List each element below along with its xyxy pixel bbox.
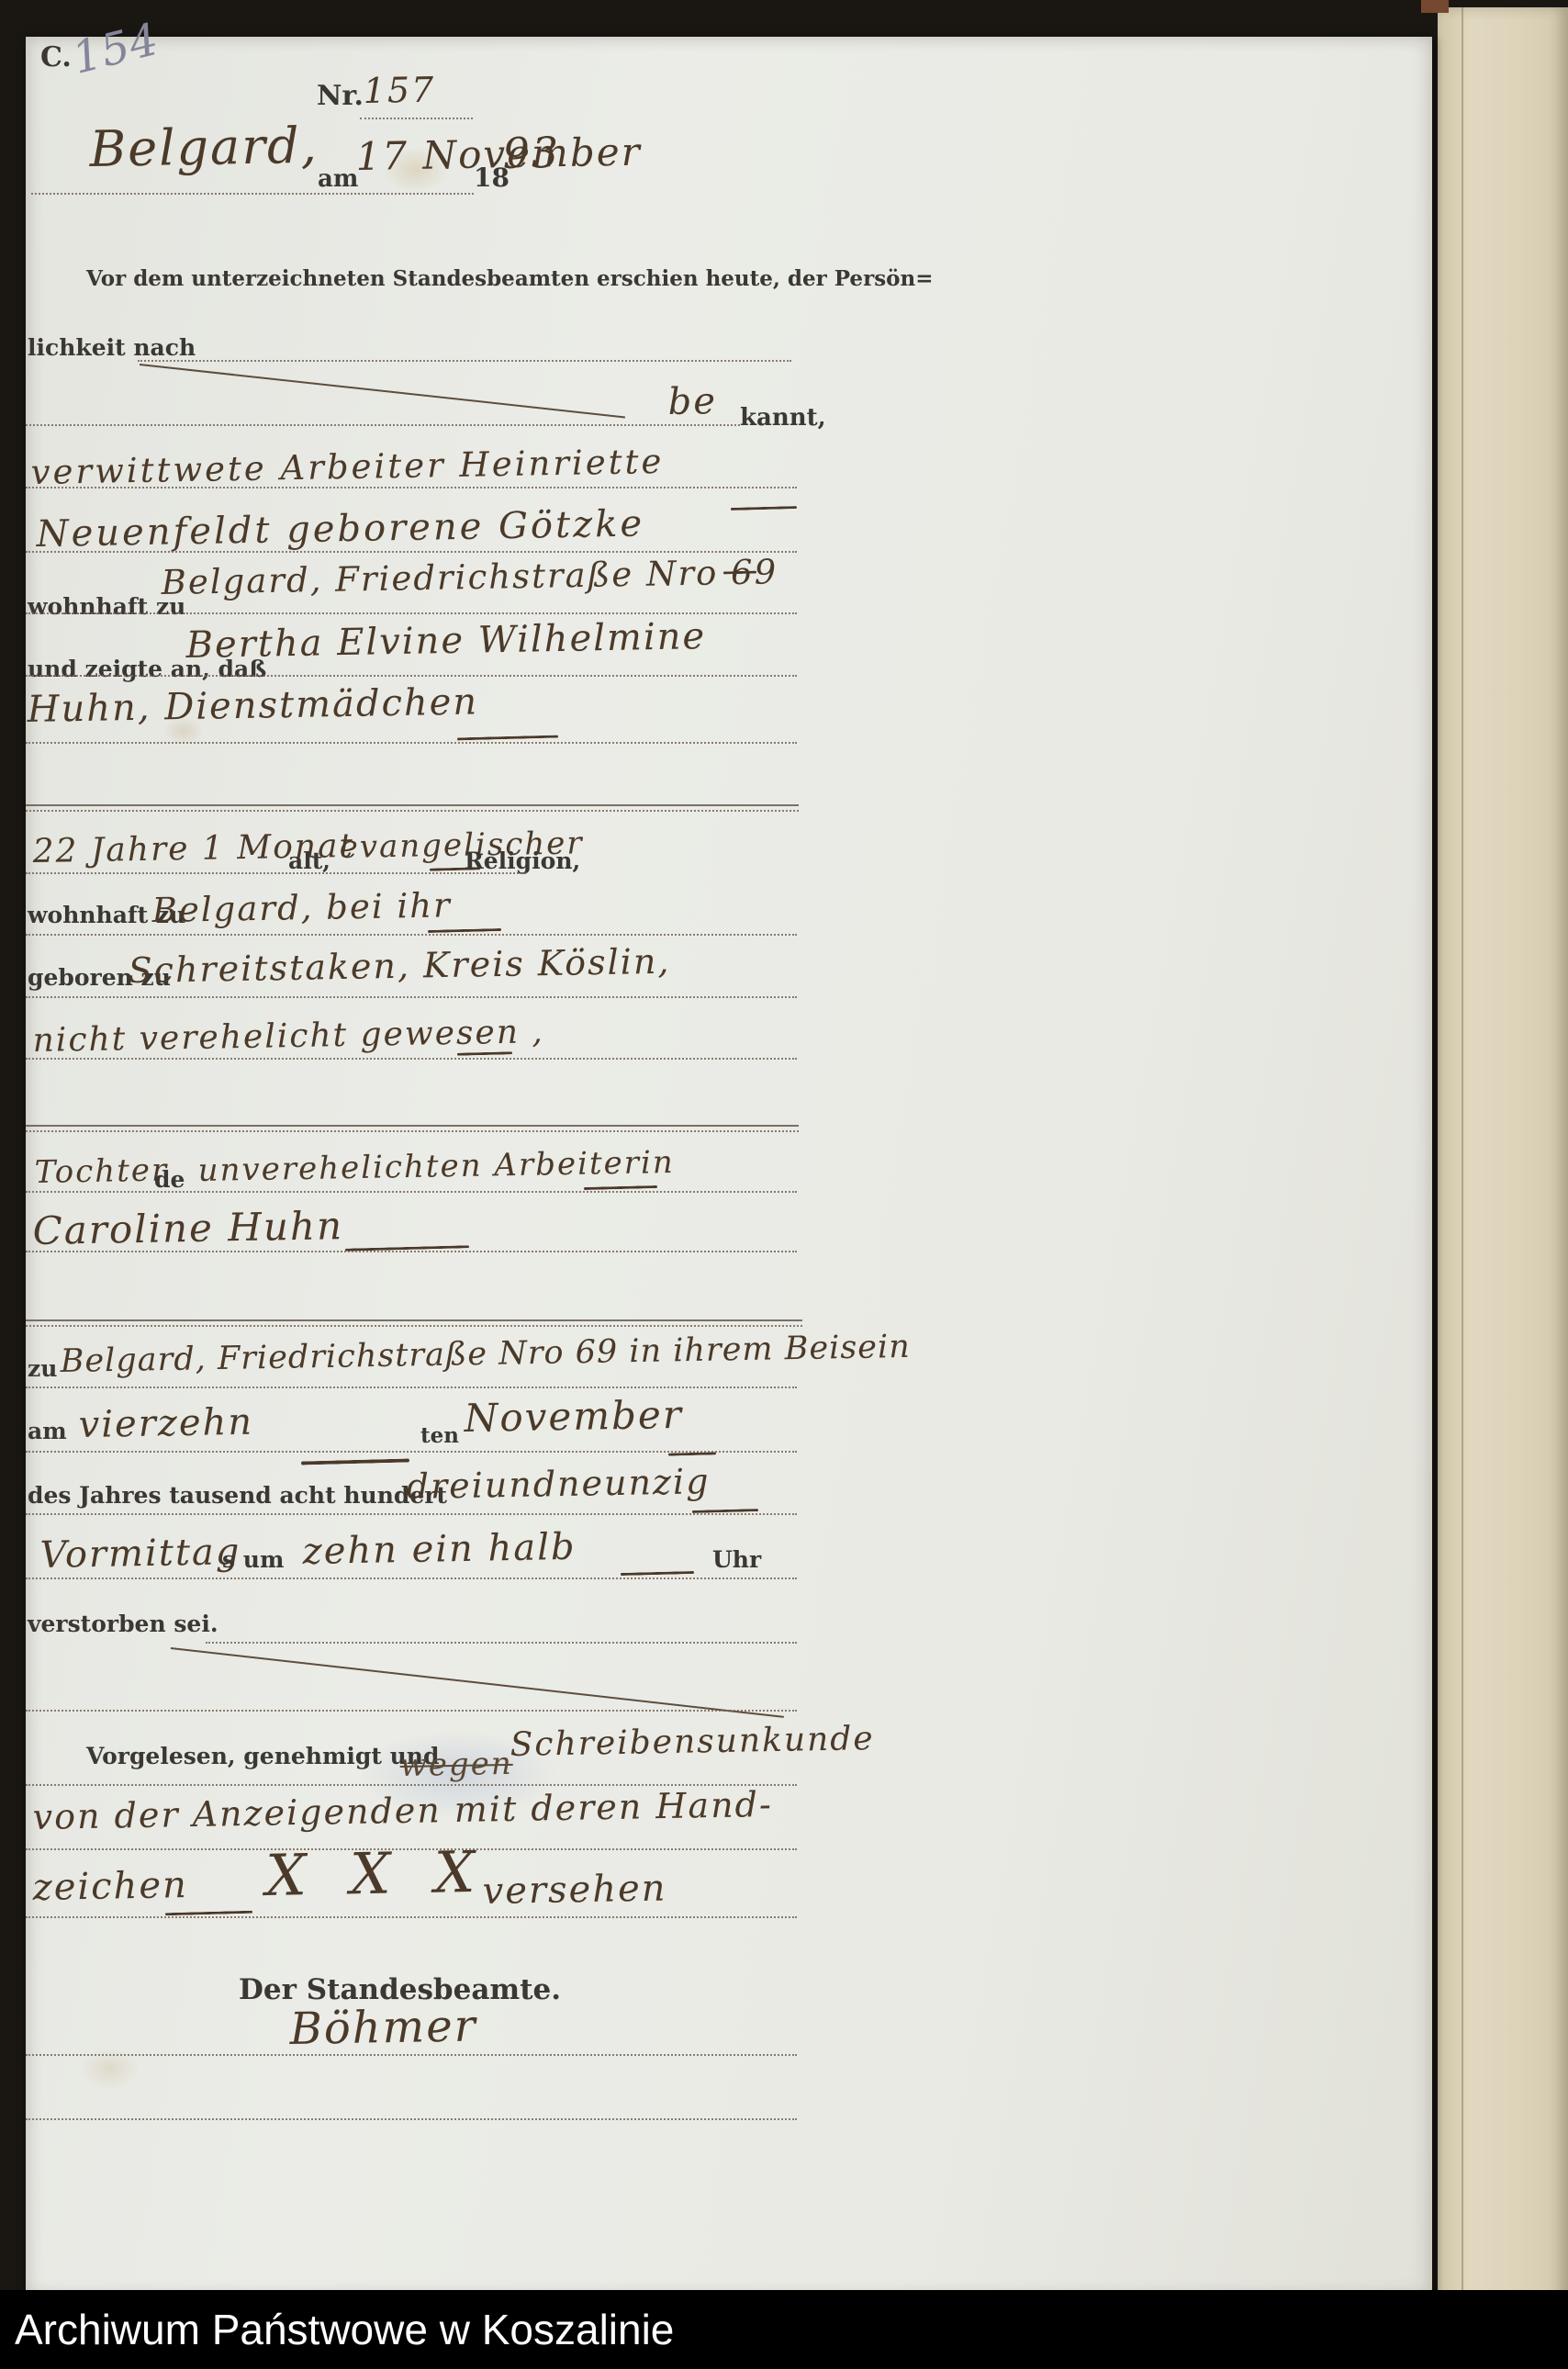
verstorben-label: verstorben sei. [28, 1612, 218, 1635]
dotted-line [26, 1451, 797, 1453]
s-um-label: s um [222, 1548, 284, 1571]
declarant-line-2: Neuenfeldt geborene Götzke [36, 505, 644, 553]
death-record-page: C. 154 Nr. 157 Belgard, am 17 November 1… [26, 37, 1432, 2297]
kannt-printed: kannt, [740, 406, 826, 430]
deceased-given-names: Bertha Elvine Wilhelmine [185, 618, 706, 664]
religion-label: Religion, [465, 849, 580, 872]
registrar-signature: Böhmer [289, 2004, 477, 2051]
separator-line [26, 804, 799, 806]
uhr-label: Uhr [712, 1548, 761, 1571]
registrar-title: Der Standesbeamte. [239, 1976, 561, 2004]
pen-dash [165, 1911, 252, 1915]
hand-marks-xxx: X X X [265, 1844, 488, 1904]
closing-hand-2: von der Anzeigenden mit deren Hand- [32, 1787, 773, 1835]
closing-hand-3b: versehen [482, 1870, 666, 1910]
dotted-line [26, 1387, 797, 1388]
closing-hand-3a: zeichen [32, 1867, 188, 1906]
dotted-line [26, 612, 797, 614]
death-month: November [464, 1396, 683, 1438]
cancellation-stroke [140, 364, 625, 418]
pen-dash [301, 1458, 409, 1465]
binding-fragment [1421, 0, 1449, 13]
dotted-line [26, 2054, 797, 2056]
dotted-line [26, 1130, 799, 1132]
dotted-line [26, 810, 799, 812]
closing-printed: Vorgelesen, genehmigt und [86, 1745, 439, 1768]
zu-label: zu [28, 1357, 57, 1380]
intro-line-2: lichkeit nach [28, 336, 196, 359]
dotted-line [26, 1251, 797, 1252]
marital-status: nicht verehelicht gewesen , [32, 1016, 544, 1058]
death-place: Belgard, Friedrichstraße Nro 69 in ihrem… [60, 1331, 911, 1378]
death-day: vierzehn [78, 1404, 253, 1443]
dotted-line [26, 1916, 797, 1918]
am-label: am [318, 167, 358, 191]
dotted-line [26, 1513, 797, 1515]
dotted-line [206, 1642, 797, 1644]
form-letter-c: C. [40, 44, 72, 72]
pen-dash [428, 928, 501, 933]
declarant-line-1: verwittwete Arbeiter Heinriette [30, 444, 664, 489]
dotted-line [26, 1325, 802, 1327]
dotted-line [26, 675, 797, 677]
dotted-line [26, 1191, 797, 1193]
be-written: be [667, 383, 717, 421]
scan-stage: C. 154 Nr. 157 Belgard, am 17 November 1… [0, 0, 1568, 2369]
ten-label: ten [420, 1425, 459, 1446]
pen-dash [731, 506, 797, 511]
pen-dash [621, 1571, 694, 1576]
death-time: zehn ein halb [302, 1529, 577, 1570]
separator-line [26, 1319, 802, 1321]
de-label: de [154, 1168, 185, 1191]
separator-line [26, 1125, 799, 1127]
pen-dash [457, 1051, 512, 1056]
archive-name: Archiwum Państwowe w Koszalinie [0, 2305, 674, 2354]
dotted-line [26, 2118, 797, 2120]
dotted-line [138, 360, 791, 362]
death-year: dreiundneunzig [406, 1464, 710, 1504]
intro-line-1: Vor dem unterzeichneten Standesbeamten e… [86, 268, 933, 289]
dotted-line [360, 118, 473, 119]
mother-name: Caroline Huhn [32, 1207, 343, 1251]
deceased-residence: Belgard, bei ihr [151, 888, 452, 927]
mother-description: unverehelichten Arbeiterin [197, 1147, 675, 1186]
death-daytime: Vormittag [39, 1533, 241, 1574]
struck-word: wegen [399, 1748, 513, 1781]
declarant-residence: Belgard, Friedrichstraße Nro 69 [161, 555, 778, 600]
archive-caption-bar: Archiwum Państwowe w Koszalinie [0, 2290, 1568, 2369]
year-phrase-label: des Jahres tausend acht hundert [28, 1484, 447, 1507]
adjacent-page-edge [1438, 7, 1568, 2369]
closing-hand-1: Schreibensunkunde [510, 1723, 875, 1762]
dotted-line [31, 193, 474, 195]
dotted-line [26, 487, 797, 488]
dotted-line [26, 872, 526, 874]
alt-label: alt, [288, 849, 330, 872]
pen-dash [457, 735, 558, 741]
dotted-line [26, 1058, 797, 1060]
deceased-surname-occupation: Huhn, Dienstmädchen [27, 683, 478, 728]
am-label-2: am [28, 1420, 67, 1443]
deceased-birthplace: Schreitstaken, Kreis Köslin, [128, 944, 670, 988]
dotted-line [26, 1577, 797, 1579]
pencil-archive-number: 154 [68, 17, 162, 81]
page-fold-line [1462, 7, 1463, 2369]
dotted-line [26, 996, 797, 998]
nr-label: Nr. [317, 83, 364, 110]
cancellation-stroke [171, 1647, 784, 1718]
record-number: 157 [363, 73, 435, 108]
dotted-line [26, 424, 740, 426]
dotted-line [26, 742, 797, 744]
tochter-written: Tochter [34, 1154, 168, 1188]
dotted-line [26, 551, 797, 553]
pen-dash [584, 1185, 657, 1190]
place-written: Belgard, [89, 121, 319, 174]
year-written: 93 [502, 131, 560, 174]
dotted-line [26, 1710, 797, 1712]
dotted-line [26, 934, 797, 936]
